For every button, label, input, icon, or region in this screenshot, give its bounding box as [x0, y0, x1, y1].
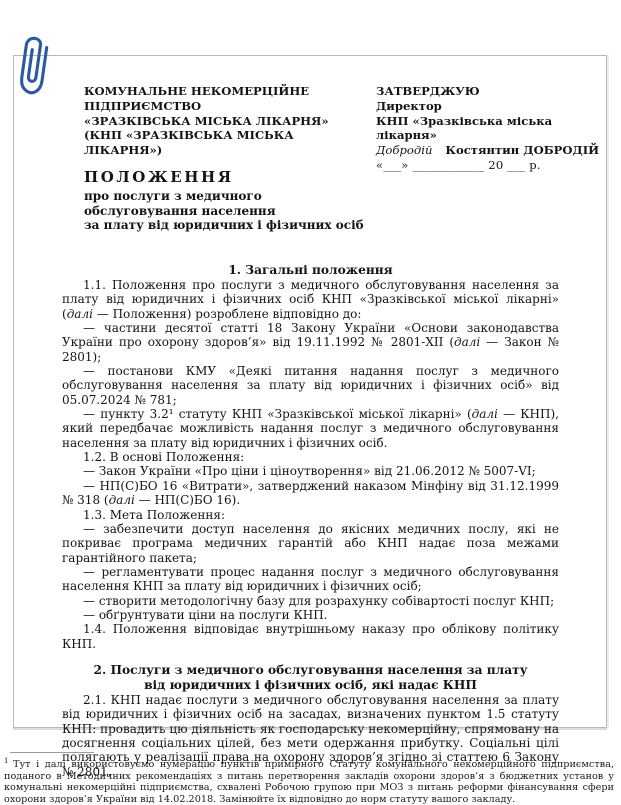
paragraph: — створити методологічну базу для розрах…	[62, 594, 559, 608]
document-body: 1. Загальні положення1.1. Положення про …	[62, 230, 559, 779]
org-line: ПІДПРИЄМСТВО	[84, 99, 376, 114]
paragraph: — регламентувати процес надання послуг з…	[62, 565, 559, 594]
approval-date-line: «___» ____________ 20 ___ р.	[376, 158, 594, 173]
section-heading: 2. Послуги з медичного обслуговування на…	[62, 663, 559, 693]
organization-name: КОМУНАЛЬНЕ НЕКОМЕРЦІЙНЕ ПІДПРИЄМСТВО «ЗР…	[84, 84, 376, 158]
document-header: КОМУНАЛЬНЕ НЕКОМЕРЦІЙНЕ ПІДПРИЄМСТВО «ЗР…	[84, 84, 594, 173]
org-line: КОМУНАЛЬНЕ НЕКОМЕРЦІЙНЕ	[84, 84, 376, 99]
document-title-block: ПОЛОЖЕННЯ про послуги з медичного обслуг…	[84, 168, 364, 233]
approval-label: ЗАТВЕРДЖУЮ	[376, 84, 594, 99]
approval-org: КНП «Зразківська міська лікарня»	[376, 114, 594, 144]
footnote-text: Тут і далі використовуємо нумерацію пунк…	[4, 759, 614, 805]
signature-script: Добродій	[376, 143, 432, 157]
section-heading-line: 2. Послуги з медичного обслуговування на…	[62, 663, 559, 678]
section-heading: 1. Загальні положення	[62, 263, 559, 278]
footnote-marker: 1	[4, 756, 13, 768]
section-heading-line: від юридичних і фізичних осіб, які надає…	[62, 678, 559, 693]
document-title: ПОЛОЖЕННЯ	[84, 168, 364, 187]
footnote-divider	[10, 752, 94, 753]
paragraph: — забезпечити доступ населення до якісни…	[62, 522, 559, 565]
document-subtitle: про послуги з медичного обслуговування н…	[84, 189, 364, 233]
paragraph: — частини десятої статті 18 Закону Украї…	[62, 321, 559, 364]
paragraph: — пункту 3.2¹ статуту КНП «Зразківської …	[62, 407, 559, 450]
section-1: 1. Загальні положення1.1. Положення про …	[62, 263, 559, 651]
paragraph: — Закон України «Про ціни і ціноутворенн…	[62, 464, 559, 478]
org-line: «ЗРАЗКІВСЬКА МІСЬКА ЛІКАРНЯ»	[84, 114, 376, 129]
paragraph: — постанови КМУ «Деякі питання надання п…	[62, 364, 559, 407]
paragraph: — обґрунтувати ціни на послуги КНП.	[62, 608, 559, 622]
approval-position: Директор	[376, 99, 594, 114]
paragraph: 1.1. Положення про послуги з медичного о…	[62, 278, 559, 321]
footnote: 1Тут і далі використовуємо нумерацію пун…	[4, 756, 614, 805]
approval-block: ЗАТВЕРДЖУЮ Директор КНП «Зразківська міс…	[376, 84, 594, 173]
subtitle-line: про послуги з медичного	[84, 189, 364, 204]
section-heading-line: 1. Загальні положення	[62, 263, 559, 278]
org-line: (КНП «ЗРАЗКІВСЬКА МІСЬКА ЛІКАРНЯ»)	[84, 128, 376, 158]
paragraph: 1.3. Мета Положення:	[62, 508, 559, 522]
document-page: КОМУНАЛЬНЕ НЕКОМЕРЦІЙНЕ ПІДПРИЄМСТВО «ЗР…	[13, 55, 607, 728]
paragraph: — НП(С)БО 16 «Витрати», затверджений нак…	[62, 479, 559, 508]
signature-row: ДобродійКостянтин ДОБРОДІЙ	[376, 143, 594, 158]
subtitle-line: обслуговування населення	[84, 204, 364, 219]
approver-name: Костянтин ДОБРОДІЙ	[445, 143, 599, 157]
paragraph: 1.4. Положення відповідає внутрішньому н…	[62, 622, 559, 651]
paragraph: 1.2. В основі Положення:	[62, 450, 559, 464]
